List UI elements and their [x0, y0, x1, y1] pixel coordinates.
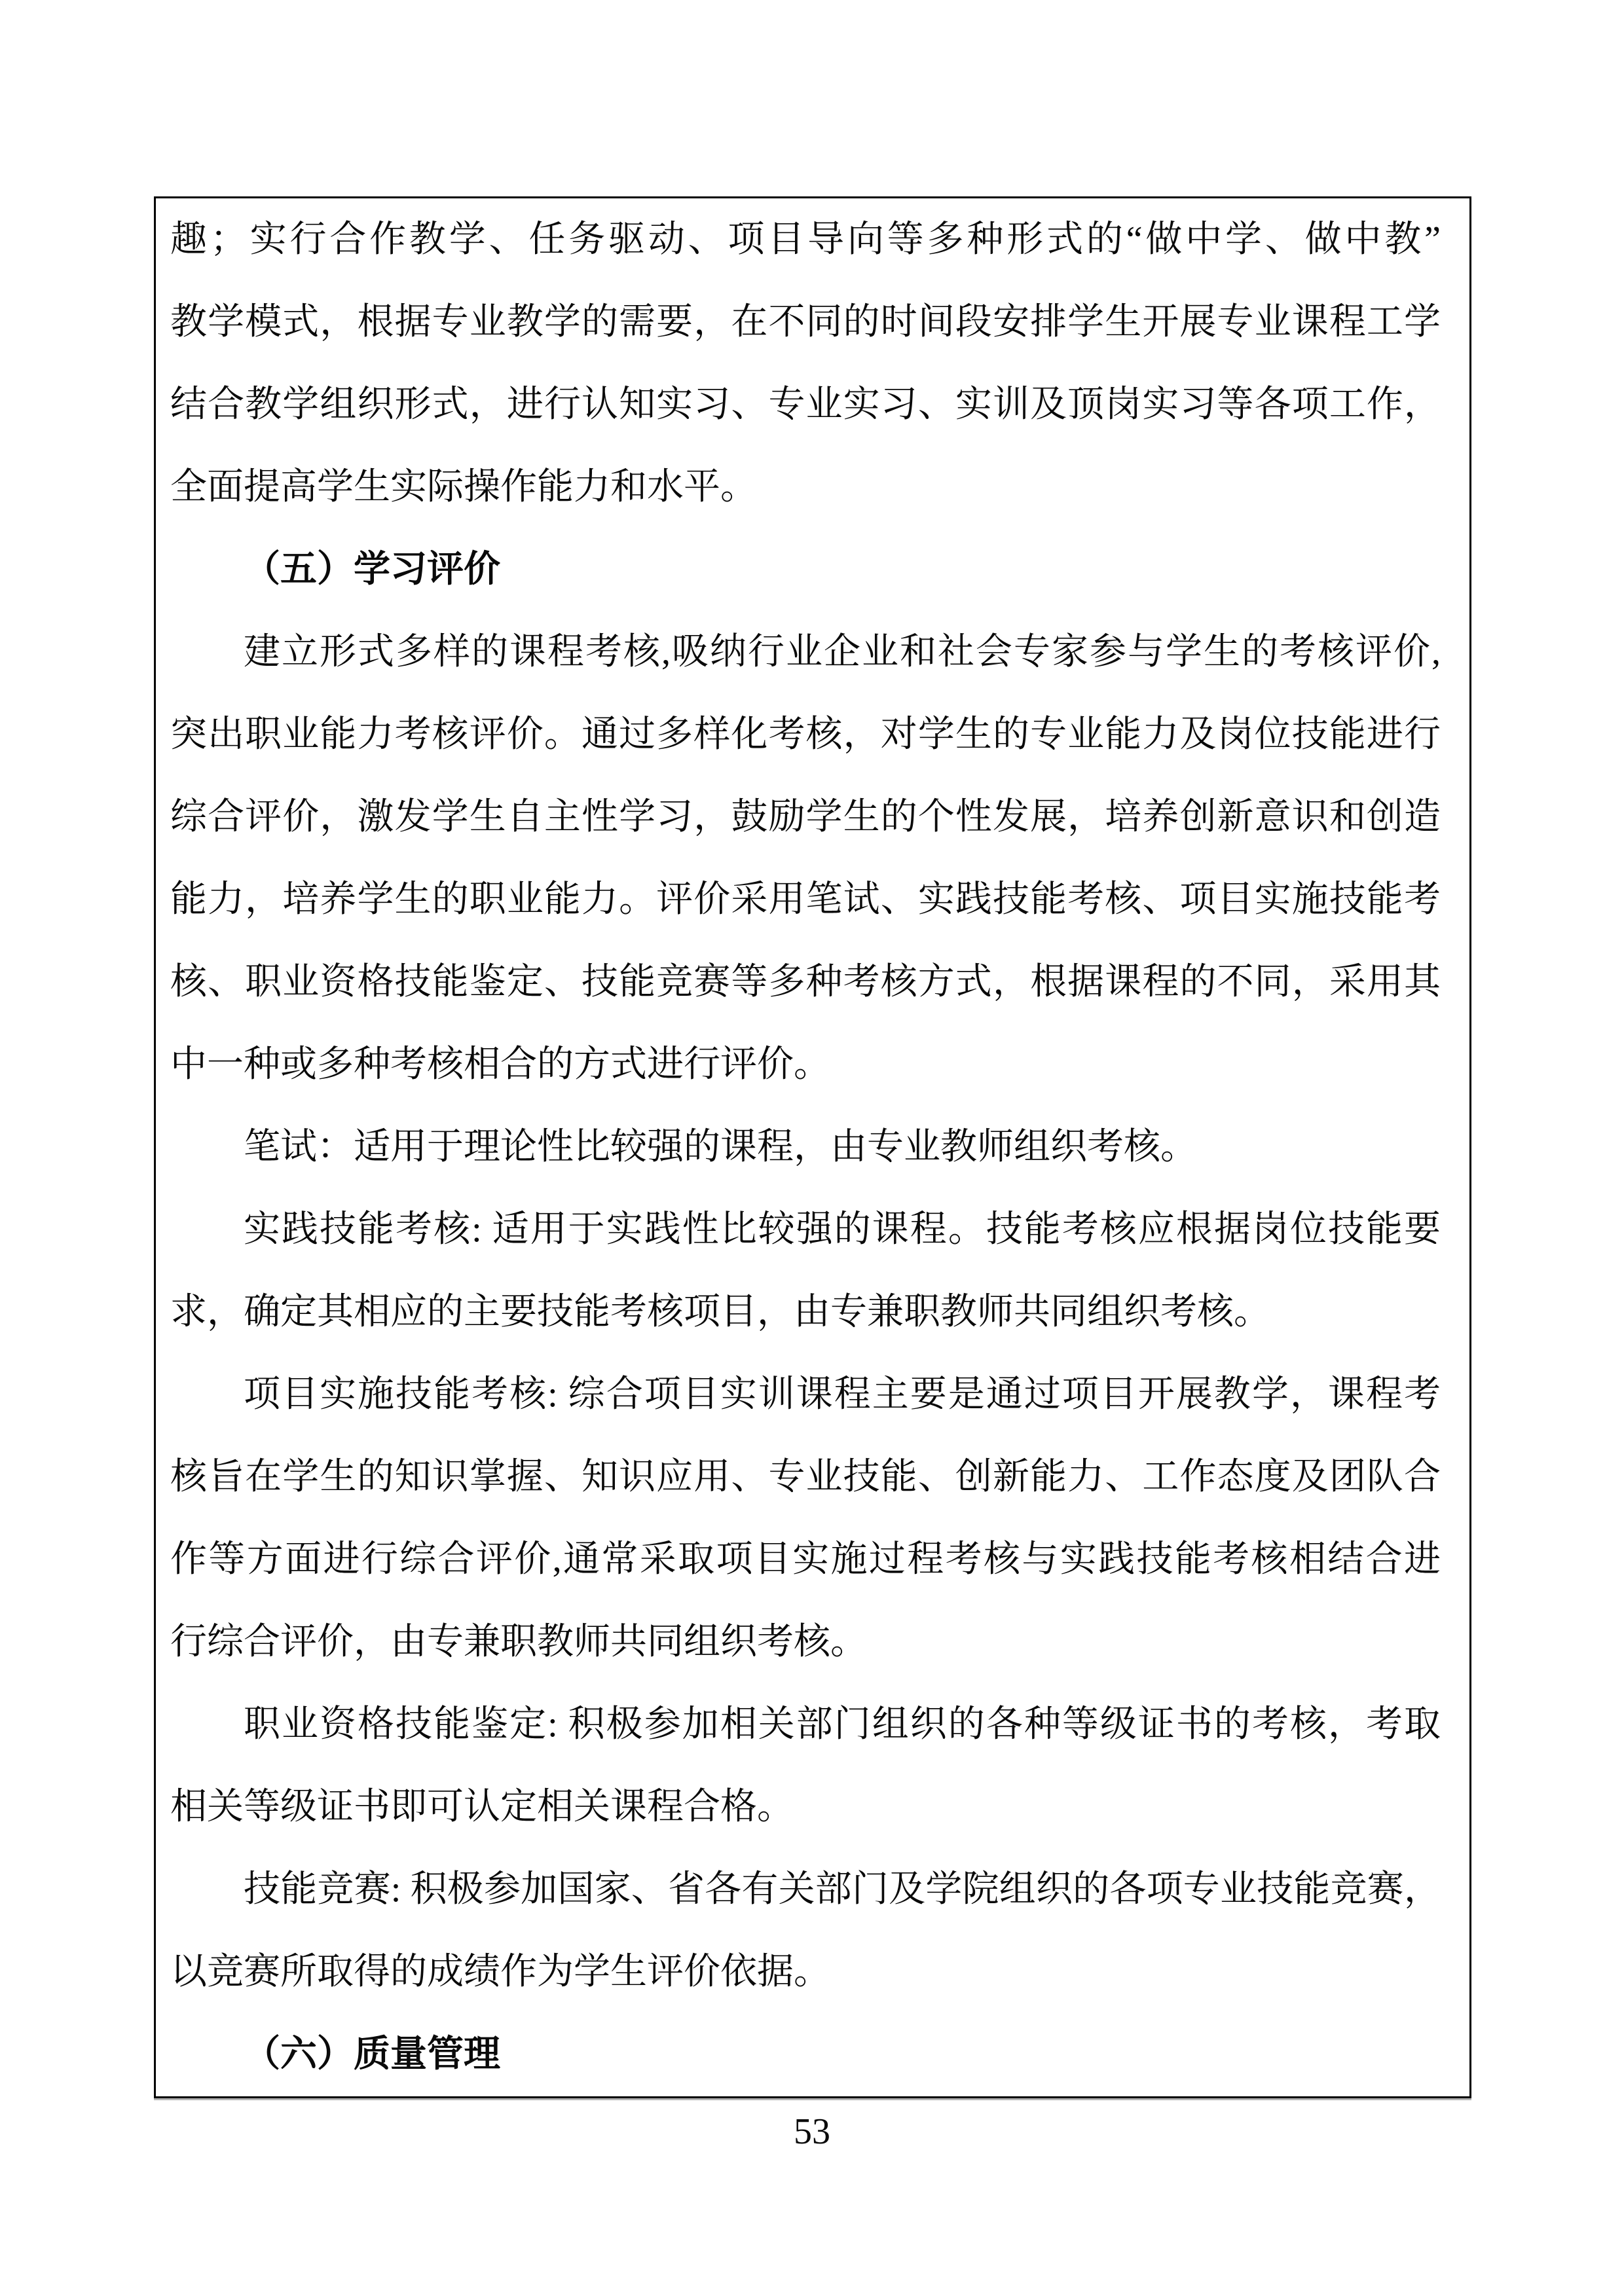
text-line: 相关等级证书即可认定相关课程合格。: [170, 1766, 1441, 1848]
table-cell-border: 趣；实行合作教学、任务驱动、项目导向等多种形式的“做中学、做中教” 教学模式，根…: [154, 196, 1471, 2098]
text-line: 教学模式，根据专业教学的需要，在不同的时间段安排学生开展专业课程工学: [170, 281, 1441, 363]
document-page: 趣；实行合作教学、任务驱动、项目导向等多种形式的“做中学、做中教” 教学模式，根…: [0, 0, 1624, 2296]
text-line: 突出职业能力考核评价。通过多样化考核，对学生的专业能力及岗位技能进行: [170, 693, 1441, 776]
text-line: 核旨在学生的知识掌握、知识应用、专业技能、创新能力、工作态度及团队合: [170, 1436, 1441, 1518]
text-line: 笔试：适用于理论性比较强的课程，由专业教师组织考核。: [170, 1106, 1441, 1188]
text-line: 能力，培养学生的职业能力。评价采用笔试、实践技能考核、项目实施技能考: [170, 858, 1441, 941]
text-line: 行综合评价，由专兼职教师共同组织考核。: [170, 1601, 1441, 1683]
section-heading: （六）质量管理: [170, 2013, 1441, 2096]
text-line: 技能竞赛: 积极参加国家、省各有关部门及学院组织的各项专业技能竞赛，: [170, 1848, 1441, 1931]
text-line: 作等方面进行综合评价,通常采取项目实施过程考核与实践技能考核相结合进: [170, 1518, 1441, 1601]
text-line: 求，确定其相应的主要技能考核项目，由专兼职教师共同组织考核。: [170, 1271, 1441, 1353]
text-line: 以竞赛所取得的成绩作为学生评价依据。: [170, 1931, 1441, 2013]
text-line: 趣；实行合作教学、任务驱动、项目导向等多种形式的“做中学、做中教”: [170, 198, 1441, 281]
text-line: 项目实施技能考核: 综合项目实训课程主要是通过项目开展教学，课程考: [170, 1353, 1441, 1436]
section-heading: （五）学习评价: [170, 528, 1441, 611]
text-line: 全面提高学生实际操作能力和水平。: [170, 446, 1441, 528]
text-line: 综合评价，激发学生自主性学习，鼓励学生的个性发展，培养创新意识和创造: [170, 776, 1441, 858]
text-line: 结合教学组织形式，进行认知实习、专业实习、实训及顶岗实习等各项工作，: [170, 363, 1441, 446]
text-line: 职业资格技能鉴定: 积极参加相关部门组织的各种等级证书的考核，考取: [170, 1683, 1441, 1766]
text-line: 中一种或多种考核相合的方式进行评价。: [170, 1023, 1441, 1106]
page-number: 53: [0, 2112, 1624, 2151]
text-line: 实践技能考核: 适用于实践性比较强的课程。技能考核应根据岗位技能要: [170, 1188, 1441, 1271]
text-line: 核、职业资格技能鉴定、技能竞赛等多种考核方式，根据课程的不同，采用其: [170, 941, 1441, 1023]
text-line: 建立形式多样的课程考核,吸纳行业企业和社会专家参与学生的考核评价,: [170, 611, 1441, 693]
